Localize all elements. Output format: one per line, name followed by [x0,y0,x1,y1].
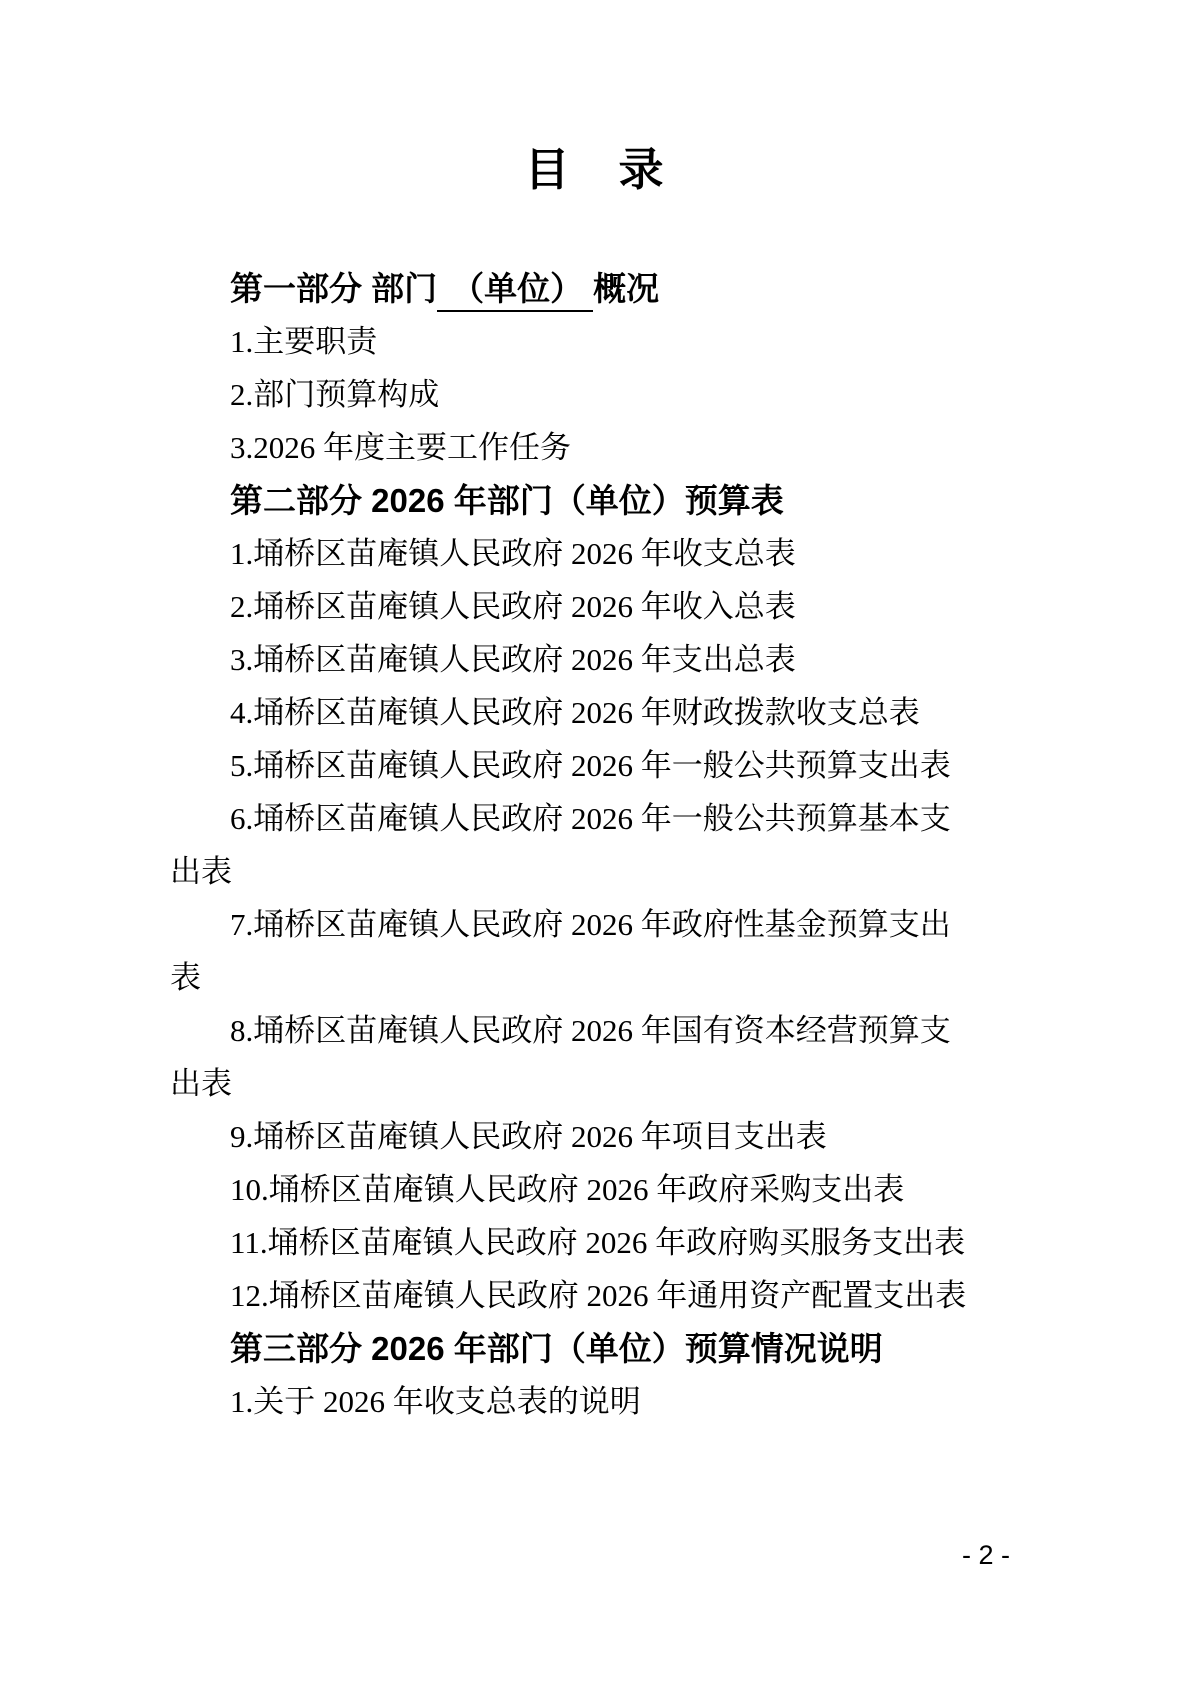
part2-item-7-line-2: 表 [170,951,1015,1004]
part1-heading: 第一部分 部门（单位）概况 [170,262,1015,315]
part2-item-3: 3.埇桥区苗庵镇人民政府 2026 年支出总表 [170,633,1015,686]
part2-item-8-line-2: 出表 [170,1057,1015,1110]
part1-item-1: 1.主要职责 [170,315,1015,368]
part1-heading-pre: 第一部分 部门 [230,270,437,307]
part1-heading-post: 概况 [593,270,659,307]
part2-item-2: 2.埇桥区苗庵镇人民政府 2026 年收入总表 [170,580,1015,633]
part2-item-12: 12.埇桥区苗庵镇人民政府 2026 年通用资产配置支出表 [170,1269,1015,1322]
part1-heading-underlined: （单位） [437,270,593,312]
part2-item-6-line-2: 出表 [170,845,1015,898]
part2-item-8-line-1: 8.埇桥区苗庵镇人民政府 2026 年国有资本经营预算支 [170,1004,1015,1057]
document-page: 目 录 第一部分 部门（单位）概况 1.主要职责 2.部门预算构成 3.2026… [0,0,1190,1683]
part3-item-1: 1.关于 2026 年收支总表的说明 [170,1375,1015,1428]
part2-item-5: 5.埇桥区苗庵镇人民政府 2026 年一般公共预算支出表 [170,739,1015,792]
part1-item-2: 2.部门预算构成 [170,368,1015,421]
toc-content: 第一部分 部门（单位）概况 1.主要职责 2.部门预算构成 3.2026 年度主… [170,262,1015,1428]
part2-item-10: 10.埇桥区苗庵镇人民政府 2026 年政府采购支出表 [170,1163,1015,1216]
part2-item-4: 4.埇桥区苗庵镇人民政府 2026 年财政拨款收支总表 [170,686,1015,739]
part2-item-6-line-1: 6.埇桥区苗庵镇人民政府 2026 年一般公共预算基本支 [170,792,1015,845]
part2-heading: 第二部分 2026 年部门（单位）预算表 [170,474,1015,527]
part1-item-3: 3.2026 年度主要工作任务 [170,421,1015,474]
part2-item-7-line-1: 7.埇桥区苗庵镇人民政府 2026 年政府性基金预算支出 [170,898,1015,951]
page-number: - 2 - [962,1540,1010,1570]
page-title: 目 录 [0,142,1190,198]
part3-heading: 第三部分 2026 年部门（单位）预算情况说明 [170,1322,1015,1375]
part2-item-9: 9.埇桥区苗庵镇人民政府 2026 年项目支出表 [170,1110,1015,1163]
part2-item-1: 1.埇桥区苗庵镇人民政府 2026 年收支总表 [170,527,1015,580]
part2-item-11: 11.埇桥区苗庵镇人民政府 2026 年政府购买服务支出表 [170,1216,1015,1269]
